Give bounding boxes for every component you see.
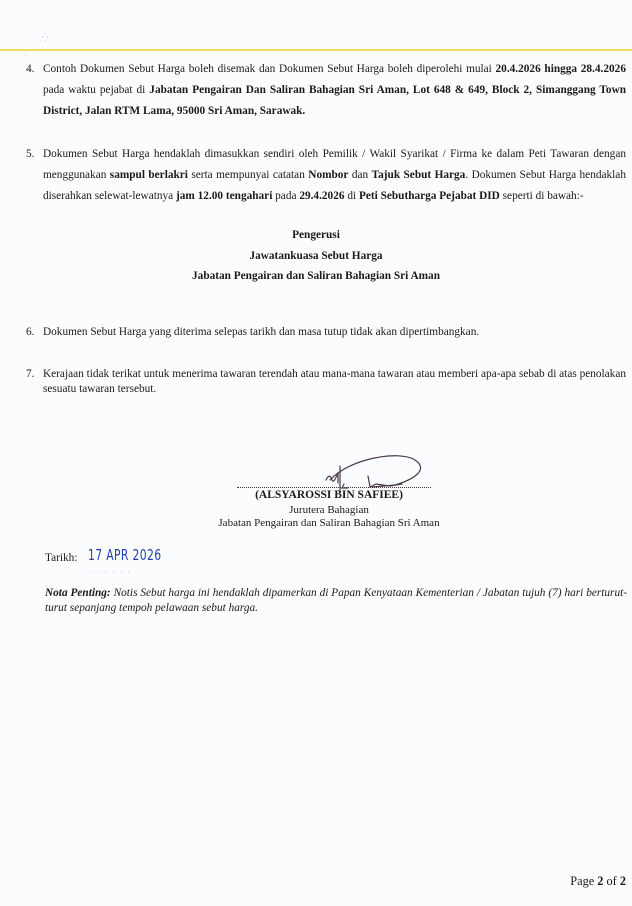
clause-6: 6. Dokumen Sebut Harga yang diterima sel…	[26, 322, 626, 343]
date-label: Tarikh:	[45, 552, 77, 564]
signatory-department: Jabatan Pengairan dan Saliran Bahagian S…	[0, 517, 632, 529]
clause-number: 6.	[26, 322, 42, 343]
header-rule	[0, 49, 632, 51]
clause-7: 7. Kerajaan tidak terikat untuk menerima…	[26, 367, 626, 397]
signature-line	[237, 487, 431, 488]
clause-text: Contoh Dokumen Sebut Harga boleh disemak…	[43, 59, 626, 122]
address-line-3: Jabatan Pengairan dan Saliran Bahagian S…	[0, 266, 632, 287]
signatory-name: (ALSYAROSSI BIN SAFIEE)	[0, 489, 632, 501]
note-text: Notis Sebut harga ini hendaklah dipamerk…	[45, 587, 627, 614]
clause-4: 4. Contoh Dokumen Sebut Harga boleh dise…	[26, 59, 626, 122]
stamp-residue: · · · · · ·	[90, 570, 132, 576]
address-line-1: Pengerusi	[0, 225, 632, 246]
address-line-2: Jawatankuasa Sebut Harga	[0, 246, 632, 267]
clause-5: 5. Dokumen Sebut Harga hendaklah dimasuk…	[26, 144, 626, 207]
signatory-title: Jurutera Bahagian	[0, 504, 632, 516]
clause-text: Dokumen Sebut Harga hendaklah dimasukkan…	[43, 144, 626, 207]
scan-speck: ⁛	[42, 33, 48, 42]
important-note: Nota Penting: Notis Sebut harga ini hend…	[45, 586, 627, 616]
note-label: Nota Penting:	[45, 587, 111, 599]
clause-number: 5.	[26, 144, 42, 165]
page-number: Page 2 of 2	[570, 874, 626, 889]
clause-text: Kerajaan tidak terikat untuk menerima ta…	[43, 367, 626, 397]
date-stamp: 17 APR 2026	[88, 546, 161, 564]
clause-number: 7.	[26, 367, 42, 382]
submission-address: Pengerusi Jawatankuasa Sebut Harga Jabat…	[0, 225, 632, 287]
clause-number: 4.	[26, 59, 42, 80]
clause-text: Dokumen Sebut Harga yang diterima selepa…	[43, 322, 626, 343]
